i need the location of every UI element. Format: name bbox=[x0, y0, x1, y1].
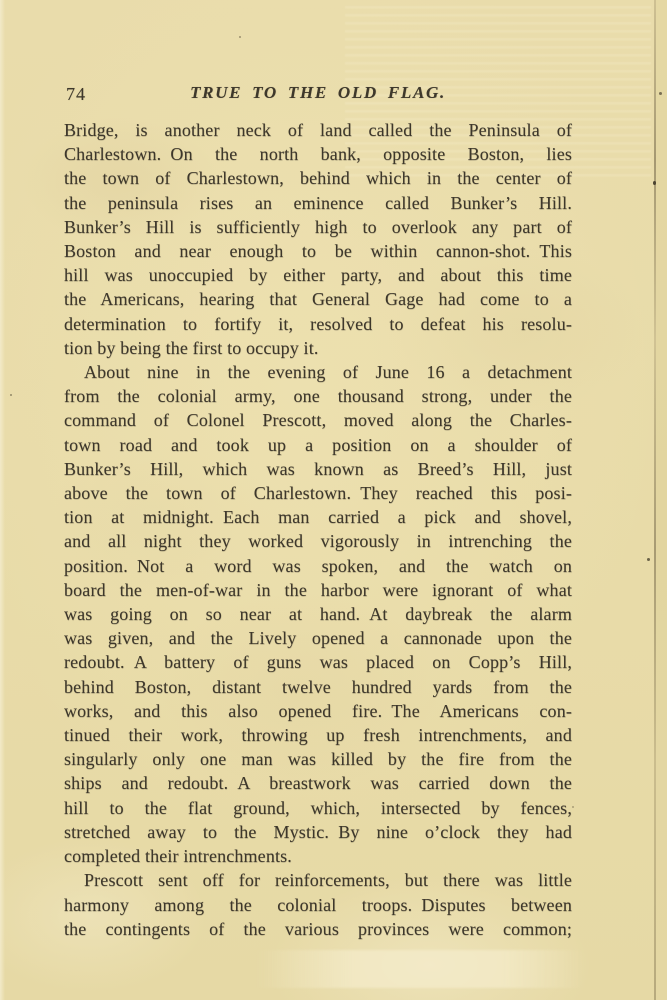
text-line: above the town of Charlestown. They reac… bbox=[64, 481, 572, 505]
text-line: board the men-of-war in the harbor were … bbox=[64, 578, 572, 602]
ink-speck bbox=[659, 92, 662, 95]
ink-speck bbox=[10, 394, 12, 396]
text-line: singularly only one man was killed by th… bbox=[64, 747, 572, 771]
text-line: Boston and near enough to be within cann… bbox=[64, 239, 572, 263]
text-line: tinued their work, throwing up fresh int… bbox=[64, 723, 572, 747]
text-line: the Americans, hearing that General Gage… bbox=[64, 287, 572, 311]
text-line: behind Boston, distant twelve hundred ya… bbox=[64, 675, 572, 699]
text-line: Bunker’s Hill, which was known as Breed’… bbox=[64, 457, 572, 481]
paragraph: About nine in the evening of June 16 a d… bbox=[64, 360, 572, 868]
text-line: Bridge, is another neck of land called t… bbox=[64, 118, 572, 142]
text-line: redoubt. A battery of guns was placed on… bbox=[64, 650, 572, 674]
text-line: hill was unoccupied by either party, and… bbox=[64, 263, 572, 287]
text-line: tion by being the first to occupy it. bbox=[64, 336, 572, 360]
paragraph: Prescott sent off for reinforcements, bu… bbox=[64, 868, 572, 941]
text-line: position. Not a word was spoken, and the… bbox=[64, 554, 572, 578]
text-line: the town of Charlestown, behind which in… bbox=[64, 166, 572, 190]
text-line: and all night they worked vigorously in … bbox=[64, 529, 572, 553]
text-line: tion at midnight. Each man carried a pic… bbox=[64, 505, 572, 529]
scanned-page-background: 74 TRUE TO THE OLD FLAG. Bridge, is anot… bbox=[0, 0, 667, 1000]
text-line: Charlestown. On the north bank, opposite… bbox=[64, 142, 572, 166]
text-line: stretched away to the Mystic. By nine o’… bbox=[64, 820, 572, 844]
ink-speck bbox=[572, 806, 574, 808]
page-edge-right bbox=[656, 0, 667, 1000]
text-line: Bunker’s Hill is sufficiently high to ov… bbox=[64, 215, 572, 239]
text-line: the peninsula rises an eminence called B… bbox=[64, 191, 572, 215]
page-header: 74 TRUE TO THE OLD FLAG. bbox=[64, 83, 572, 107]
scan-light-streak-bottom bbox=[255, 950, 585, 988]
text-line: works, and this also opened fire. The Am… bbox=[64, 699, 572, 723]
text-line: command of Colonel Prescott, moved along… bbox=[64, 408, 572, 432]
page-edge-left bbox=[0, 0, 5, 1000]
running-head: TRUE TO THE OLD FLAG. bbox=[64, 83, 572, 103]
ink-speck bbox=[653, 181, 656, 185]
text-line: from the colonial army, one thousand str… bbox=[64, 384, 572, 408]
text-line: About nine in the evening of June 16 a d… bbox=[64, 360, 572, 384]
ink-speck bbox=[647, 558, 650, 561]
page-gutter-line bbox=[654, 0, 656, 1000]
ink-speck bbox=[239, 36, 241, 38]
paragraph: Bridge, is another neck of land called t… bbox=[64, 118, 572, 360]
text-line: Prescott sent off for reinforcements, bu… bbox=[64, 868, 572, 892]
text-line: harmony among the colonial troops. Dispu… bbox=[64, 893, 572, 917]
text-line: determination to fortify it, resolved to… bbox=[64, 312, 572, 336]
body-text: Bridge, is another neck of land called t… bbox=[64, 118, 572, 941]
text-line: ships and redoubt. A breastwork was carr… bbox=[64, 771, 572, 795]
text-line: town road and took up a position on a sh… bbox=[64, 433, 572, 457]
text-line: was given, and the Lively opened a canno… bbox=[64, 626, 572, 650]
text-line: hill to the flat ground, which, intersec… bbox=[64, 796, 572, 820]
text-line: was going on so near at hand. At daybrea… bbox=[64, 602, 572, 626]
text-line: the contingents of the various provinces… bbox=[64, 917, 572, 941]
text-line: completed their intrenchments. bbox=[64, 844, 572, 868]
